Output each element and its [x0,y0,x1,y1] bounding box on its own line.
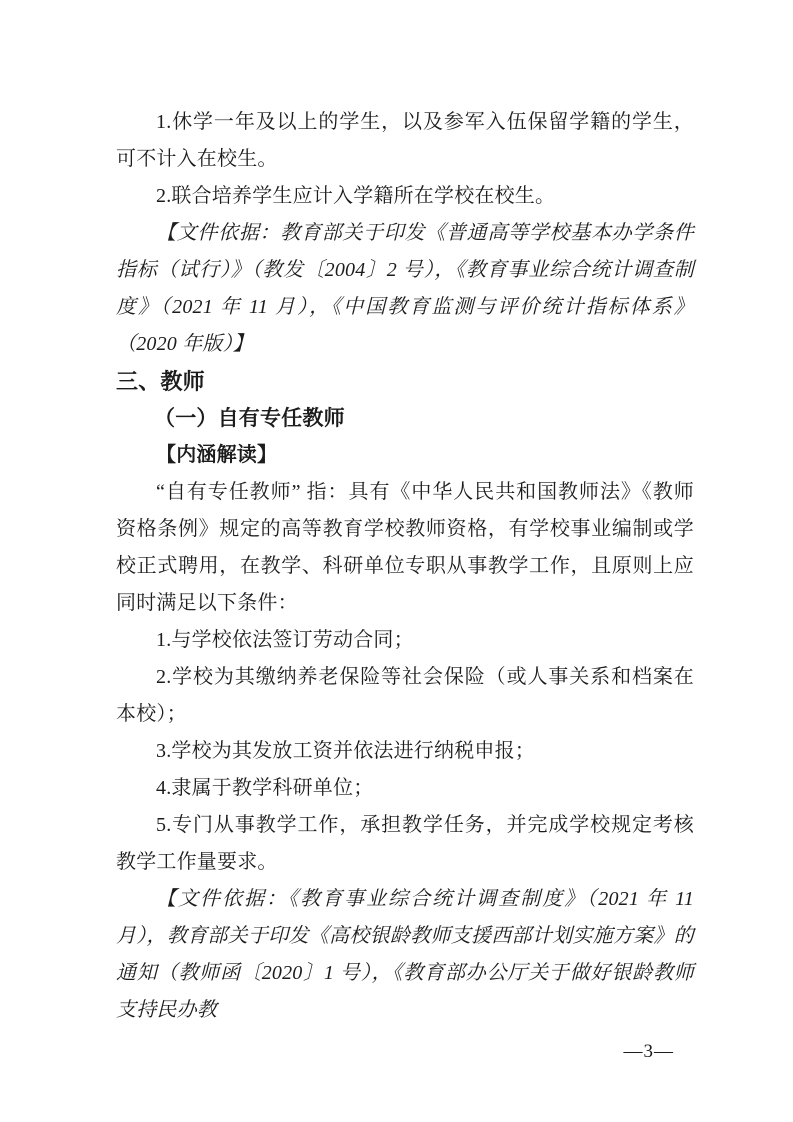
heading-subsection-own-fulltime-teachers: （一）自有专任教师 [116,400,694,437]
paragraph-condition-1: 1.与学校依法签订劳动合同； [116,622,694,659]
paragraph-document-basis-teachers: 【文件依据：《教育事业综合统计调查制度》（2021 年 11 月），教育部关于印… [116,881,694,1029]
paragraph-joint-training-students: 2.联合培养学生应计入学籍所在学校在校生。 [116,178,694,215]
paragraph-condition-5: 5.专门从事教学工作，承担教学任务，并完成学校规定考核教学工作量要求。 [116,807,694,881]
heading-connotation-interpretation: 【内涵解读】 [116,437,694,474]
page-number: —3— [624,1038,675,1066]
document-page: 1.休学一年及以上的学生，以及参军入伍保留学籍的学生，可不计入在校生。 2.联合… [0,0,793,1122]
paragraph-condition-4: 4.隶属于教学科研单位； [116,770,694,807]
document-body: 1.休学一年及以上的学生，以及参军入伍保留学籍的学生，可不计入在校生。 2.联合… [116,104,694,1029]
heading-section-teachers: 三、教师 [116,363,694,400]
paragraph-document-basis-students: 【文件依据：教育部关于印发《普通高等学校基本办学条件指标（试行）》（教发〔200… [116,215,694,363]
paragraph-definition-own-fulltime-teachers: “自有专任教师” 指：具有《中华人民共和国教师法》《教师资格条例》规定的高等教育… [116,474,694,622]
paragraph-condition-3: 3.学校为其发放工资并依法进行纳税申报； [116,733,694,770]
paragraph-condition-2: 2.学校为其缴纳养老保险等社会保险（或人事关系和档案在本校）； [116,659,694,733]
paragraph-suspension-students: 1.休学一年及以上的学生，以及参军入伍保留学籍的学生，可不计入在校生。 [116,104,694,178]
